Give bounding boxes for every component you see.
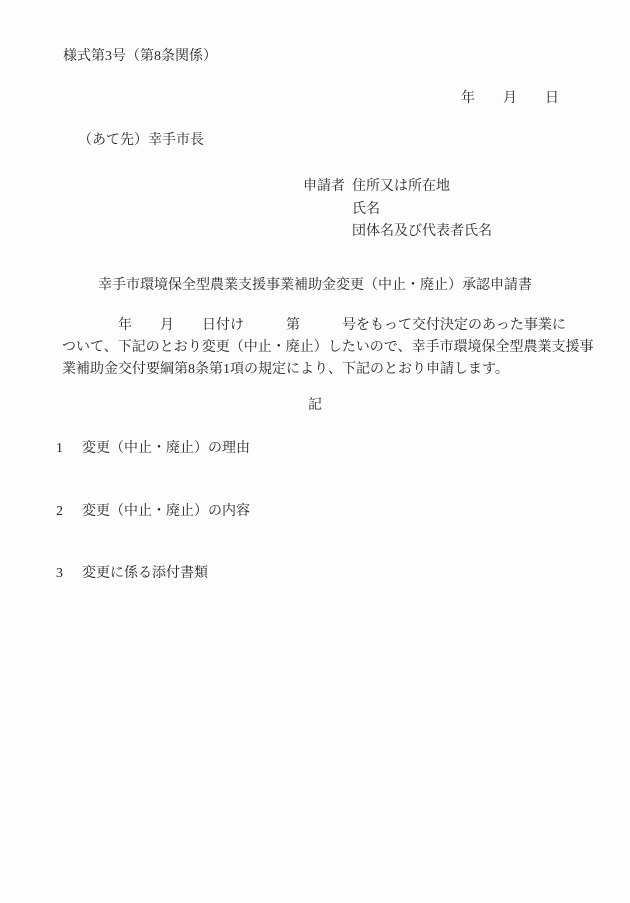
body-paragraph-line-3: 業補助金交付要綱第8条第1項の規定により、下記のとおり申請します。: [62, 360, 509, 380]
item-text: 変更（中止・廃止）の内容: [82, 504, 250, 519]
applicant-label: 申請者: [303, 177, 345, 197]
date-line: 年 月 日: [461, 89, 559, 109]
item-text: 変更（中止・廃止）の理由: [82, 441, 250, 456]
item-number: 1: [56, 439, 82, 459]
record-mark: 記: [0, 396, 630, 416]
applicant-field-name: 氏名: [352, 200, 380, 220]
body-paragraph-line-1: 年 月 日付け 第 号をもって交付決定のあった事業に: [62, 316, 566, 336]
item-text: 変更に係る添付書類: [82, 566, 208, 581]
document-page: 様式第3号（第8条関係） 年 月 日 （あて先）幸手市長 申請者 住所又は所在地…: [0, 0, 630, 903]
addressee-line: （あて先）幸手市長: [78, 131, 204, 151]
list-item-reason: 1変更（中止・廃止）の理由: [56, 439, 250, 459]
form-number: 様式第3号（第8条関係）: [63, 47, 217, 67]
document-title: 幸手市環境保全型農業支援事業補助金変更（中止・廃止）承認申請書: [0, 276, 630, 296]
item-number: 2: [56, 502, 82, 522]
body-paragraph-line-2: ついて、下記のとおり変更（中止・廃止）したいので、幸手市環境保全型農業支援事: [62, 338, 593, 358]
applicant-field-address: 住所又は所在地: [352, 177, 450, 197]
applicant-field-organization: 団体名及び代表者氏名: [352, 222, 492, 242]
list-item-attachments: 3変更に係る添付書類: [56, 564, 208, 584]
item-number: 3: [56, 564, 82, 584]
list-item-content: 2変更（中止・廃止）の内容: [56, 502, 250, 522]
